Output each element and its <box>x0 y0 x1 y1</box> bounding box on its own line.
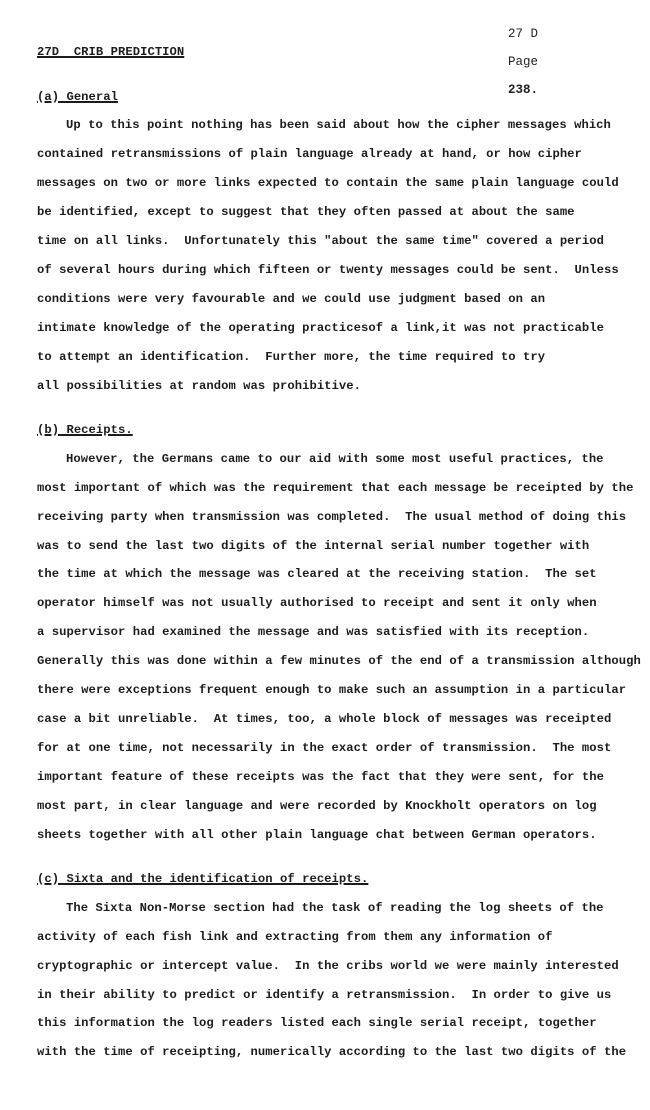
page-header: 27 D Page 238. <box>478 13 538 111</box>
section-heading-sixta: (c) Sixta and the identification of rece… <box>37 872 368 886</box>
paragraph-line: most important of which was the requirem… <box>37 481 633 495</box>
paragraph-line: be identified, except to suggest that th… <box>37 205 575 219</box>
paragraph-line: intimate knowledge of the operating prac… <box>37 321 604 335</box>
paragraph-line: However, the Germans came to our aid wit… <box>66 452 604 466</box>
section-heading-general: (a) General <box>37 90 118 104</box>
paragraph-line: sheets together with all other plain lan… <box>37 828 597 842</box>
paragraph-line: all possibilities at random was prohibit… <box>37 379 361 393</box>
paragraph-line: in their ability to predict or identify … <box>37 988 611 1002</box>
paragraph-line: there were exceptions frequent enough to… <box>37 683 626 697</box>
paragraph-line: activity of each fish link and extractin… <box>37 930 552 944</box>
paragraph-line: most part, in clear language and were re… <box>37 799 597 813</box>
paragraph-line: important feature of these receipts was … <box>37 770 604 784</box>
paragraph-line: Up to this point nothing has been said a… <box>66 118 611 132</box>
paragraph-line: receiving party when transmission was co… <box>37 510 626 524</box>
paragraph-line: with the time of receipting, numerically… <box>37 1045 626 1059</box>
paragraph-line: Generally this was done within a few min… <box>37 654 641 668</box>
paragraph-line: cryptographic or intercept value. In the… <box>37 959 619 973</box>
page-number: 238. <box>508 83 538 97</box>
document-title: 27D CRIB PREDICTION <box>37 45 184 59</box>
paragraph-line: to attempt an identification. Further mo… <box>37 350 545 364</box>
paragraph-line: conditions were very favourable and we c… <box>37 292 545 306</box>
paragraph-line: time on all links. Unfortunately this "a… <box>37 234 604 248</box>
paragraph-line: messages on two or more links expected t… <box>37 176 619 190</box>
paragraph-line: a supervisor had examined the message an… <box>37 625 589 639</box>
paragraph-line: of several hours during which fifteen or… <box>37 263 619 277</box>
paragraph-line: this information the log readers listed … <box>37 1016 597 1030</box>
paragraph-line: was to send the last two digits of the i… <box>37 539 589 553</box>
paragraph-line: case a bit unreliable. At times, too, a … <box>37 712 611 726</box>
section-heading-receipts: (b) Receipts. <box>37 423 133 437</box>
paragraph-line: for at one time, not necessarily in the … <box>37 741 611 755</box>
paragraph-line: operator himself was not usually authori… <box>37 596 597 610</box>
paragraph-line: the time at which the message was cleare… <box>37 567 597 581</box>
page-label: Page <box>508 55 538 69</box>
paragraph-line: The Sixta Non-Morse section had the task… <box>66 901 604 915</box>
section-ref: 27 D <box>508 27 538 41</box>
document-page: 27 D Page 238. 27D CRIB PREDICTION (a) G… <box>0 0 650 1110</box>
paragraph-line: contained retransmissions of plain langu… <box>37 147 582 161</box>
